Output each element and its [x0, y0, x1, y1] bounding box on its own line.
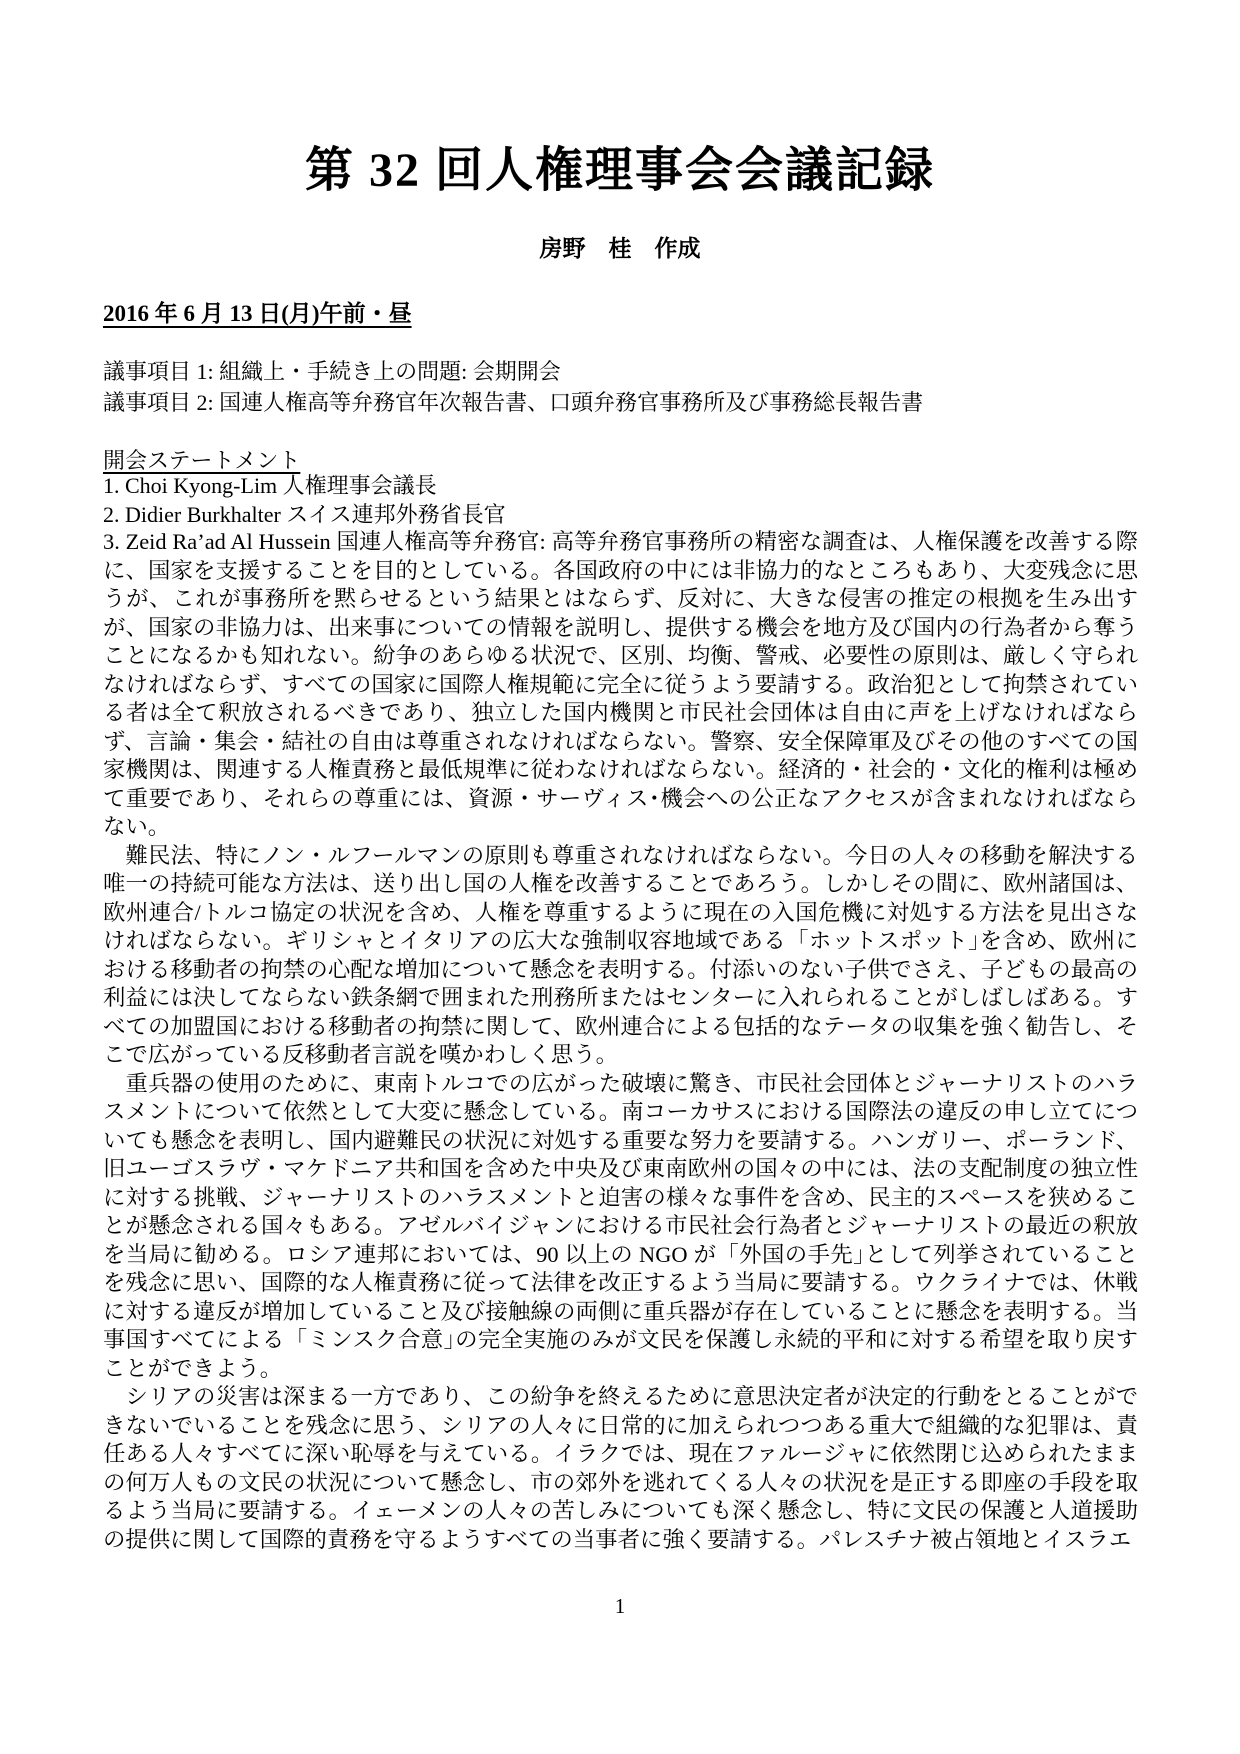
page-title: 第 32 回人権理事会会議記録 [0, 143, 1240, 198]
page-number: 1 [0, 1594, 1240, 1619]
opening-statements-heading: 開会ステートメント [103, 444, 300, 475]
paragraph-syria: シリアの災害は深まる一方であり、この紛争を終えるために意思決定者が決定的行動をと… [103, 1383, 1138, 1554]
paragraph-high-commissioner: 3. Zeid Ra’ad Al Hussein 国連人権高等弁務官: 高等弁務… [103, 528, 1138, 842]
document-page: 第 32 回人権理事会会議記録 房野 桂 作成 2016 年 6 月 13 日(… [0, 0, 1240, 1754]
author-line: 房野 桂 作成 [0, 230, 1240, 263]
paragraph-heavy-weapons: 重兵器の使用のために、東南トルコでの広がった破壊に驚き、市民社会団体とジャーナリ… [103, 1070, 1138, 1384]
agenda-item-2: 議事項目 2: 国連人権高等弁務官年次報告書、口頭弁務官事務所及び事務総長報告書 [103, 387, 1138, 418]
agenda-block: 議事項目 1: 組織上・手続き上の問題: 会期開会 議事項目 2: 国連人権高等… [103, 356, 1138, 418]
speaker-line-2: 2. Didier Burkhalter スイス連邦外務省長官 [103, 501, 1138, 530]
speaker-line-1: 1. Choi Kyong-Lim 人権理事会議長 [103, 472, 1138, 501]
statement-body: 3. Zeid Ra’ad Al Hussein 国連人権高等弁務官: 高等弁務… [103, 528, 1138, 1554]
session-date-heading: 2016 年 6 月 13 日(月)午前・昼 [103, 295, 412, 328]
agenda-item-1: 議事項目 1: 組織上・手続き上の問題: 会期開会 [103, 356, 1138, 387]
paragraph-refugee-law: 難民法、特にノン・ルフールマンの原則も尊重されなければならない。今日の人々の移動… [103, 842, 1138, 1070]
speaker-list: 1. Choi Kyong-Lim 人権理事会議長 2. Didier Burk… [103, 472, 1138, 529]
